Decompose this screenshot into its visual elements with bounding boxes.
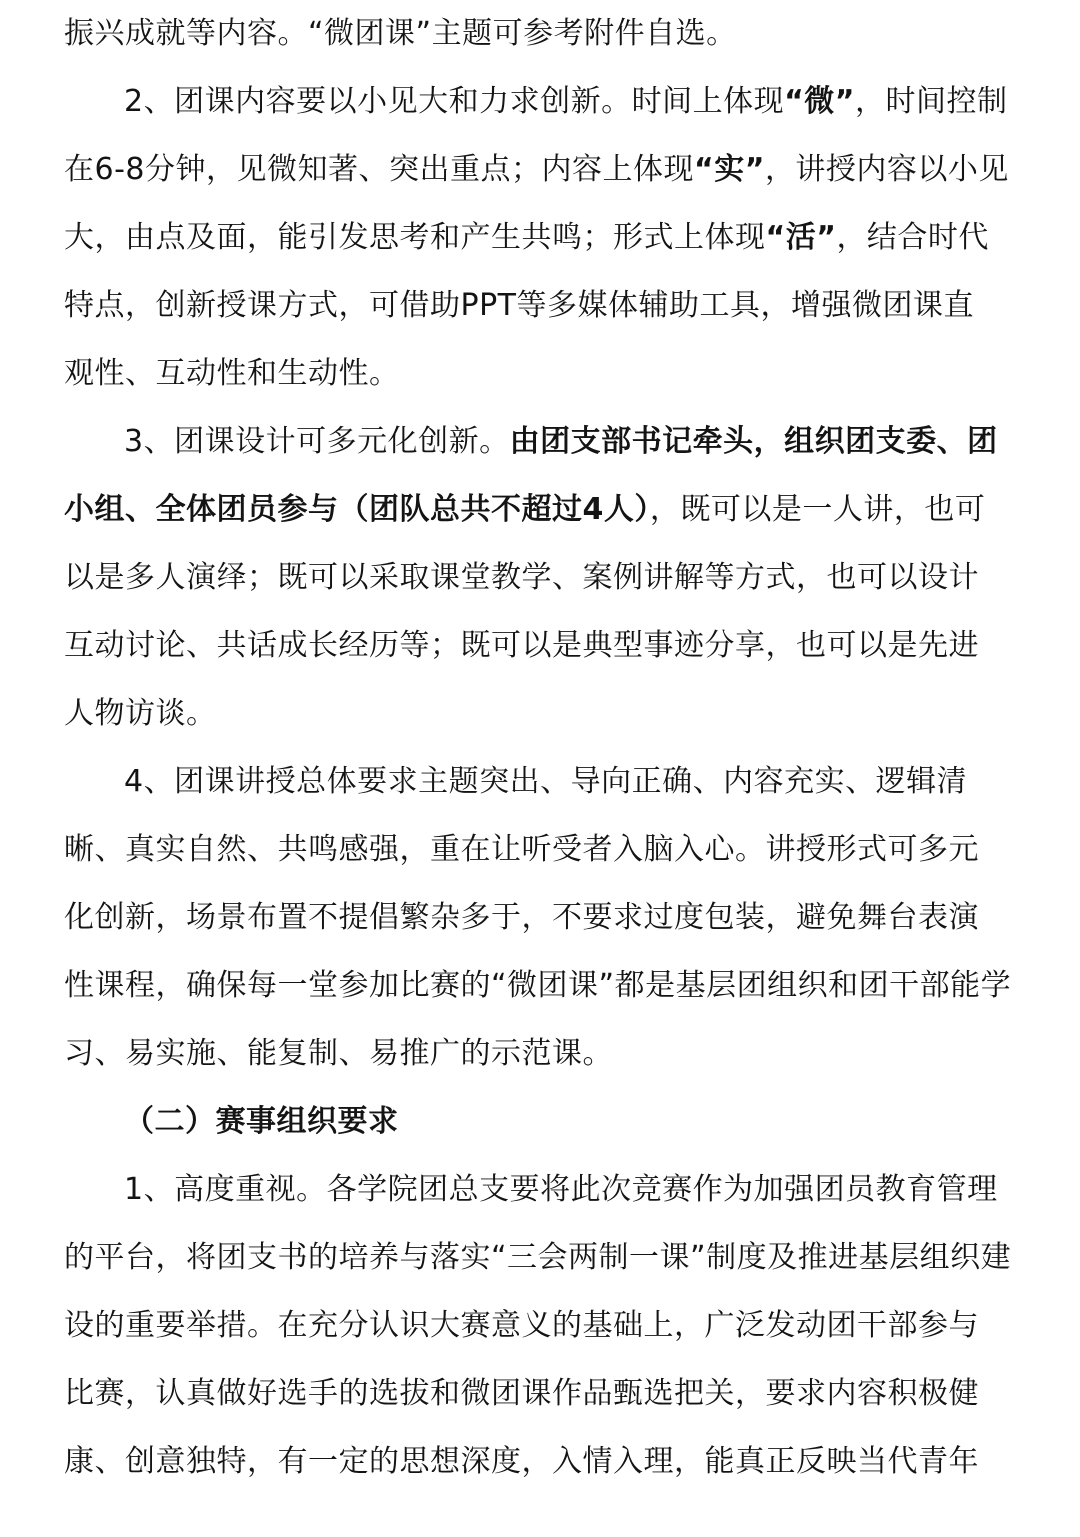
document-line: 性课程，确保每一堂参加比赛的“微团课”都是基层团组织和团干部能学 bbox=[64, 952, 1040, 1020]
text-segment: 2、团课内容要以小见大和力求创新。时间上体现 bbox=[124, 84, 784, 119]
document-line: 互动讨论、共话成长经历等；既可以是典型事迹分享，也可以是先进 bbox=[64, 612, 1040, 680]
text-segment: ，讲授内容以小见 bbox=[765, 152, 1009, 187]
text-segment: 3、团课设计可多元化创新。 bbox=[124, 424, 510, 459]
document-line: 在6-8分钟，见微知著、突出重点；内容上体现“实”，讲授内容以小见 bbox=[64, 136, 1040, 204]
document-line: 以是多人演绎；既可以采取课堂教学、案例讲解等方式，也可以设计 bbox=[64, 544, 1040, 612]
document-line: 康、创意独特，有一定的思想深度，入情入理，能真正反映当代青年 bbox=[64, 1428, 1040, 1496]
text-segment-bold: “活” bbox=[766, 220, 837, 255]
text-segment: 在6-8分钟，见微知著、突出重点；内容上体现 bbox=[64, 152, 694, 187]
document-line: 2、团课内容要以小见大和力求创新。时间上体现“微”，时间控制 bbox=[64, 68, 1040, 136]
document-line: 人物访谈。 bbox=[64, 680, 1040, 748]
text-segment: 1、高度重视。各学院团总支要将此次竞赛作为加强团员教育管理 bbox=[124, 1172, 998, 1207]
text-segment: 大，由点及面，能引发思考和产生共鸣；形式上体现 bbox=[64, 220, 766, 255]
text-segment: 设的重要举措。在充分认识大赛意义的基础上，广泛发动团干部参与 bbox=[64, 1308, 979, 1343]
text-segment: 晰、真实自然、共鸣感强，重在让听受者入脑入心。讲授形式可多元 bbox=[64, 832, 979, 867]
document-line: 振兴成就等内容。“微团课”主题可参考附件自选。 bbox=[64, 0, 1040, 68]
text-segment: 特点，创新授课方式，可借助PPT等多媒体辅助工具，增强微团课直 bbox=[64, 288, 974, 323]
text-segment: 化创新，场景布置不提倡繁杂多于，不要求过度包装，避免舞台表演 bbox=[64, 900, 979, 935]
document-line: 小组、全体团员参与（团队总共不超过4人），既可以是一人讲，也可 bbox=[64, 476, 1040, 544]
text-segment: 振兴成就等内容。“微团课”主题可参考附件自选。 bbox=[64, 16, 737, 51]
document-line: 4、团课讲授总体要求主题突出、导向正确、内容充实、逻辑清 bbox=[64, 748, 1040, 816]
document-line: 1、高度重视。各学院团总支要将此次竞赛作为加强团员教育管理 bbox=[64, 1156, 1040, 1224]
document-line: 设的重要举措。在充分认识大赛意义的基础上，广泛发动团干部参与 bbox=[64, 1292, 1040, 1360]
document-line: 的平台，将团支书的培养与落实“三会两制一课”制度及推进基层组织建 bbox=[64, 1224, 1040, 1292]
text-segment-bold: “微” bbox=[784, 84, 855, 119]
text-segment-bold: 小组、全体团员参与（团队总共不超过4人） bbox=[64, 492, 650, 527]
document-line: 观性、互动性和生动性。 bbox=[64, 340, 1040, 408]
document-line: 晰、真实自然、共鸣感强，重在让听受者入脑入心。讲授形式可多元 bbox=[64, 816, 1040, 884]
text-segment: 人物访谈。 bbox=[64, 696, 217, 731]
text-segment: 康、创意独特，有一定的思想深度，入情入理，能真正反映当代青年 bbox=[64, 1444, 979, 1479]
document-line: 化创新，场景布置不提倡繁杂多于，不要求过度包装，避免舞台表演 bbox=[64, 884, 1040, 952]
text-segment-bold: 由团支部书记牵头，组织团支委、团 bbox=[510, 424, 998, 459]
text-segment: ，既可以是一人讲，也可 bbox=[650, 492, 986, 527]
text-segment: 互动讨论、共话成长经历等；既可以是典型事迹分享，也可以是先进 bbox=[64, 628, 979, 663]
document-line: 大，由点及面，能引发思考和产生共鸣；形式上体现“活”，结合时代 bbox=[64, 204, 1040, 272]
text-segment: 习、易实施、能复制、易推广的示范课。 bbox=[64, 1036, 613, 1071]
text-segment-bold: “实” bbox=[694, 152, 765, 187]
text-segment: 性课程，确保每一堂参加比赛的“微团课”都是基层团组织和团干部能学 bbox=[64, 968, 1011, 1003]
text-segment: 的平台，将团支书的培养与落实“三会两制一课”制度及推进基层组织建 bbox=[64, 1240, 1011, 1275]
text-segment: 比赛，认真做好选手的选拔和微团课作品甄选把关，要求内容积极健 bbox=[64, 1376, 979, 1411]
text-segment-bold: （二）赛事组织要求 bbox=[124, 1104, 399, 1139]
document-page: 振兴成就等内容。“微团课”主题可参考附件自选。2、团课内容要以小见大和力求创新。… bbox=[0, 0, 1080, 1537]
document-line: 比赛，认真做好选手的选拔和微团课作品甄选把关，要求内容积极健 bbox=[64, 1360, 1040, 1428]
document-line: （二）赛事组织要求 bbox=[64, 1088, 1040, 1156]
text-segment: ，结合时代 bbox=[836, 220, 989, 255]
text-segment: 观性、互动性和生动性。 bbox=[64, 356, 400, 391]
document-line: 习、易实施、能复制、易推广的示范课。 bbox=[64, 1020, 1040, 1088]
document-line: 3、团课设计可多元化创新。由团支部书记牵头，组织团支委、团 bbox=[64, 408, 1040, 476]
document-text-block: 振兴成就等内容。“微团课”主题可参考附件自选。2、团课内容要以小见大和力求创新。… bbox=[64, 0, 1040, 1496]
text-segment: 4、团课讲授总体要求主题突出、导向正确、内容充实、逻辑清 bbox=[124, 764, 967, 799]
text-segment: 以是多人演绎；既可以采取课堂教学、案例讲解等方式，也可以设计 bbox=[64, 560, 979, 595]
text-segment: ，时间控制 bbox=[855, 84, 1008, 119]
document-line: 特点，创新授课方式，可借助PPT等多媒体辅助工具，增强微团课直 bbox=[64, 272, 1040, 340]
